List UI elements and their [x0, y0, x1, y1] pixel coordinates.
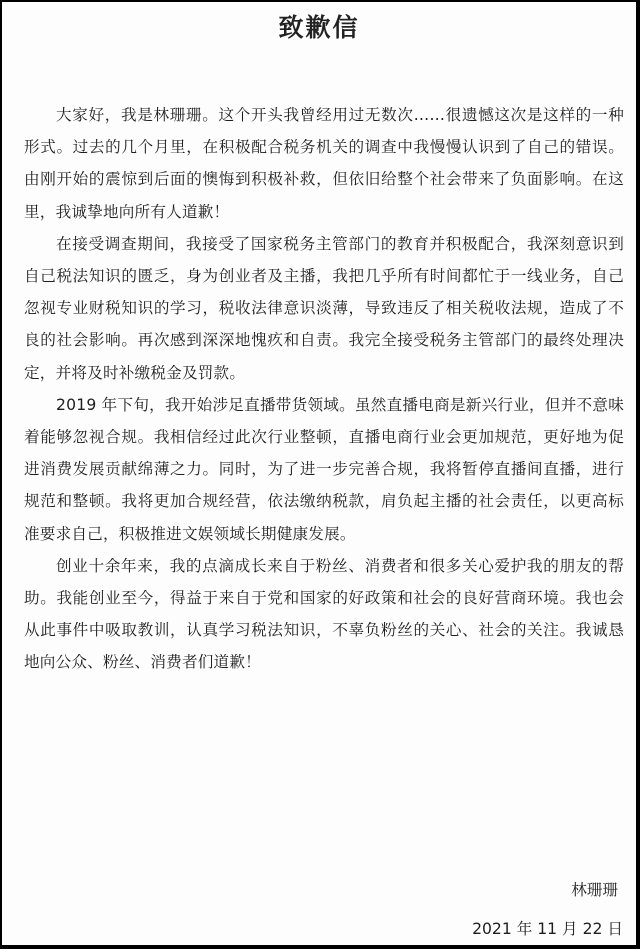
paragraph-closing: 创业十余年来，我的点滴成长来自于粉丝、消费者和很多关心爱护我的朋友的帮助。我能创…: [24, 550, 624, 679]
letter-date: 2021 年 11 月 22 日: [472, 919, 623, 939]
paragraph-livestream: 2019 年下旬，我开始涉足直播带货领域。虽然直播电商是新兴行业，但并不意味着能…: [24, 389, 624, 550]
signature: 林珊珊: [571, 880, 618, 900]
letter-body: 大家好，我是林珊珊。这个开头我曾经用过无数次……很遗憾这次是这样的一种形式。过去…: [24, 99, 624, 679]
letter-title: 致歉信: [2, 13, 636, 43]
paragraph-investigation: 在接受调查期间，我接受了国家税务主管部门的教育并积极配合，我深刻意识到自己税法知…: [24, 228, 624, 389]
letter-page: 致歉信 大家好，我是林珊珊。这个开头我曾经用过无数次……很遗憾这次是这样的一种形…: [2, 2, 636, 945]
paragraph-greeting: 大家好，我是林珊珊。这个开头我曾经用过无数次……很遗憾这次是这样的一种形式。过去…: [24, 99, 624, 228]
